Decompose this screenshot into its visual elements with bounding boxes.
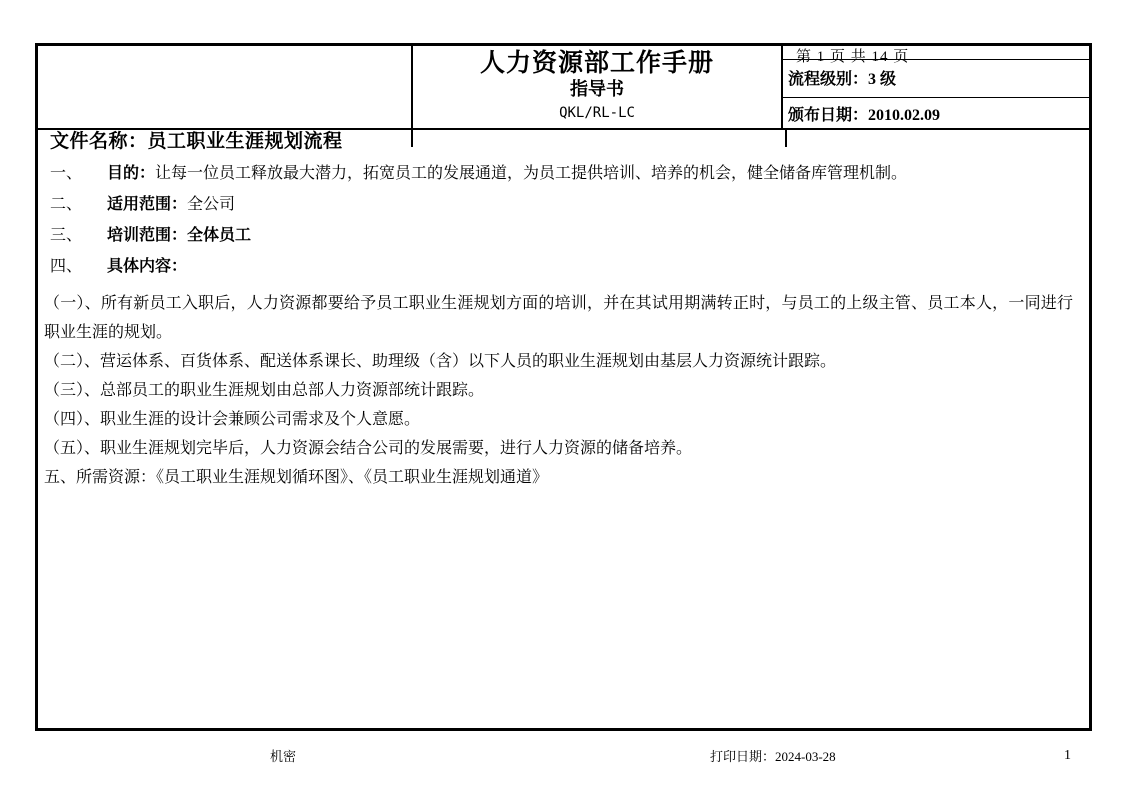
detail-paragraphs: （一）、所有新员工入职后，人力资源都要给予员工职业生涯规划方面的培训，并在其试用…: [44, 289, 1073, 492]
logo-cell: [38, 46, 413, 128]
document-subtitle: 指导书: [413, 79, 781, 100]
paragraph-1: （一）、所有新员工入职后，人力资源都要给予员工职业生涯规划方面的培训，并在其试用…: [44, 289, 1073, 347]
header-meta-bottom: 颁布日期：2010.02.09: [783, 98, 1089, 128]
paragraph-2: （二）、营运体系、百货体系、配送体系课长、助理级（含）以下人员的职业生涯规划由基…: [44, 347, 1073, 376]
paragraph-3: （三）、总部员工的职业生涯规划由总部人力资源部统计跟踪。: [44, 376, 1073, 405]
item-text: 让每一位员工释放最大潜力，拓宽员工的发展通道，为员工提供培训、培养的机会，健全储…: [155, 165, 907, 182]
paragraph-5: （五）、职业生涯规划完毕后，人力资源会结合公司的发展需要，进行人力资源的储备培养…: [44, 434, 1073, 463]
list-item-details: 四、具体内容：: [44, 251, 1073, 282]
item-text: 全体员工: [187, 227, 251, 244]
document-frame: 人力资源部工作手册 指导书 QKL/RL-LC 第 1 页 共 14 页 流程级…: [35, 43, 1092, 731]
document-header: 人力资源部工作手册 指导书 QKL/RL-LC 第 1 页 共 14 页 流程级…: [38, 46, 1089, 130]
item-text: 全公司: [187, 196, 235, 213]
item-label: 具体内容：: [107, 258, 187, 275]
header-meta-cell: 第 1 页 共 14 页 流程级别：3 级 颁布日期：2010.02.09: [783, 46, 1089, 128]
page-info: 第 1 页 共 14 页: [783, 46, 1089, 66]
item-label: 培训范围：: [107, 227, 187, 244]
header-meta-top: 第 1 页 共 14 页 流程级别：3 级: [783, 46, 1089, 98]
paragraph-resources: 五、所需资源：《员工职业生涯规划循环图》、《员工职业生涯规划通道》: [44, 463, 1073, 492]
document-code: QKL/RL-LC: [413, 105, 781, 121]
file-name-row: 文件名称：员工职业生涯规划流程: [38, 130, 1089, 155]
item-number: 一、: [50, 158, 107, 189]
item-label: 目的：: [107, 165, 155, 182]
issue-date: 颁布日期：2010.02.09: [783, 102, 940, 125]
paragraph-4: （四）、职业生涯的设计会兼顾公司需求及个人意愿。: [44, 405, 1073, 434]
list-item-purpose: 一、目的：让每一位员工释放最大潜力，拓宽员工的发展通道，为员工提供培训、培养的机…: [44, 158, 1073, 189]
process-level: 流程级别：3 级: [783, 70, 1089, 89]
document-body: 一、目的：让每一位员工释放最大潜力，拓宽员工的发展通道，为员工提供培训、培养的机…: [38, 155, 1089, 492]
list-item-scope: 二、适用范围：全公司: [44, 189, 1073, 220]
title-cell: 人力资源部工作手册 指导书 QKL/RL-LC: [413, 46, 783, 128]
item-number: 四、: [50, 251, 107, 282]
confidential-label: 机密: [270, 746, 296, 765]
list-item-training-scope: 三、培训范围：全体员工: [44, 220, 1073, 251]
document-title: 人力资源部工作手册: [413, 50, 781, 78]
item-number: 三、: [50, 220, 107, 251]
print-date: 打印日期：2024-03-28: [710, 746, 836, 765]
file-name: 文件名称：员工职业生涯规划流程: [38, 130, 1089, 154]
item-label: 适用范围：: [107, 196, 187, 213]
column-divider-tick-left: [411, 130, 413, 147]
column-divider-tick-right: [785, 130, 787, 147]
item-number: 二、: [50, 189, 107, 220]
page-number: 1: [1064, 748, 1071, 764]
